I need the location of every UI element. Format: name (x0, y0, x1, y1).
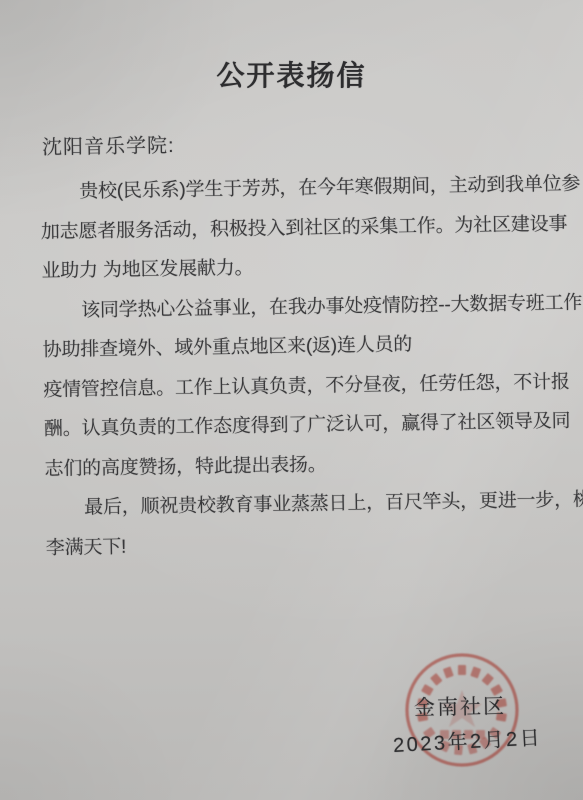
letter-title: 公开表扬信 (0, 54, 583, 94)
letter-body: 贵校(民乐系)学生于芳苏，在今年寒假期间，主动到我单位参 加志愿者服务活动，积极… (40, 169, 562, 572)
letter-signature: 金南社区 (414, 690, 507, 722)
letter-salutation: 沈阳音乐学院: (42, 129, 175, 160)
letter-photo: 公开表扬信 沈阳音乐学院: 贵校(民乐系)学生于芳苏，在今年寒假期间，主动到我单… (0, 0, 583, 800)
body-line: 李满天下! (46, 524, 563, 572)
